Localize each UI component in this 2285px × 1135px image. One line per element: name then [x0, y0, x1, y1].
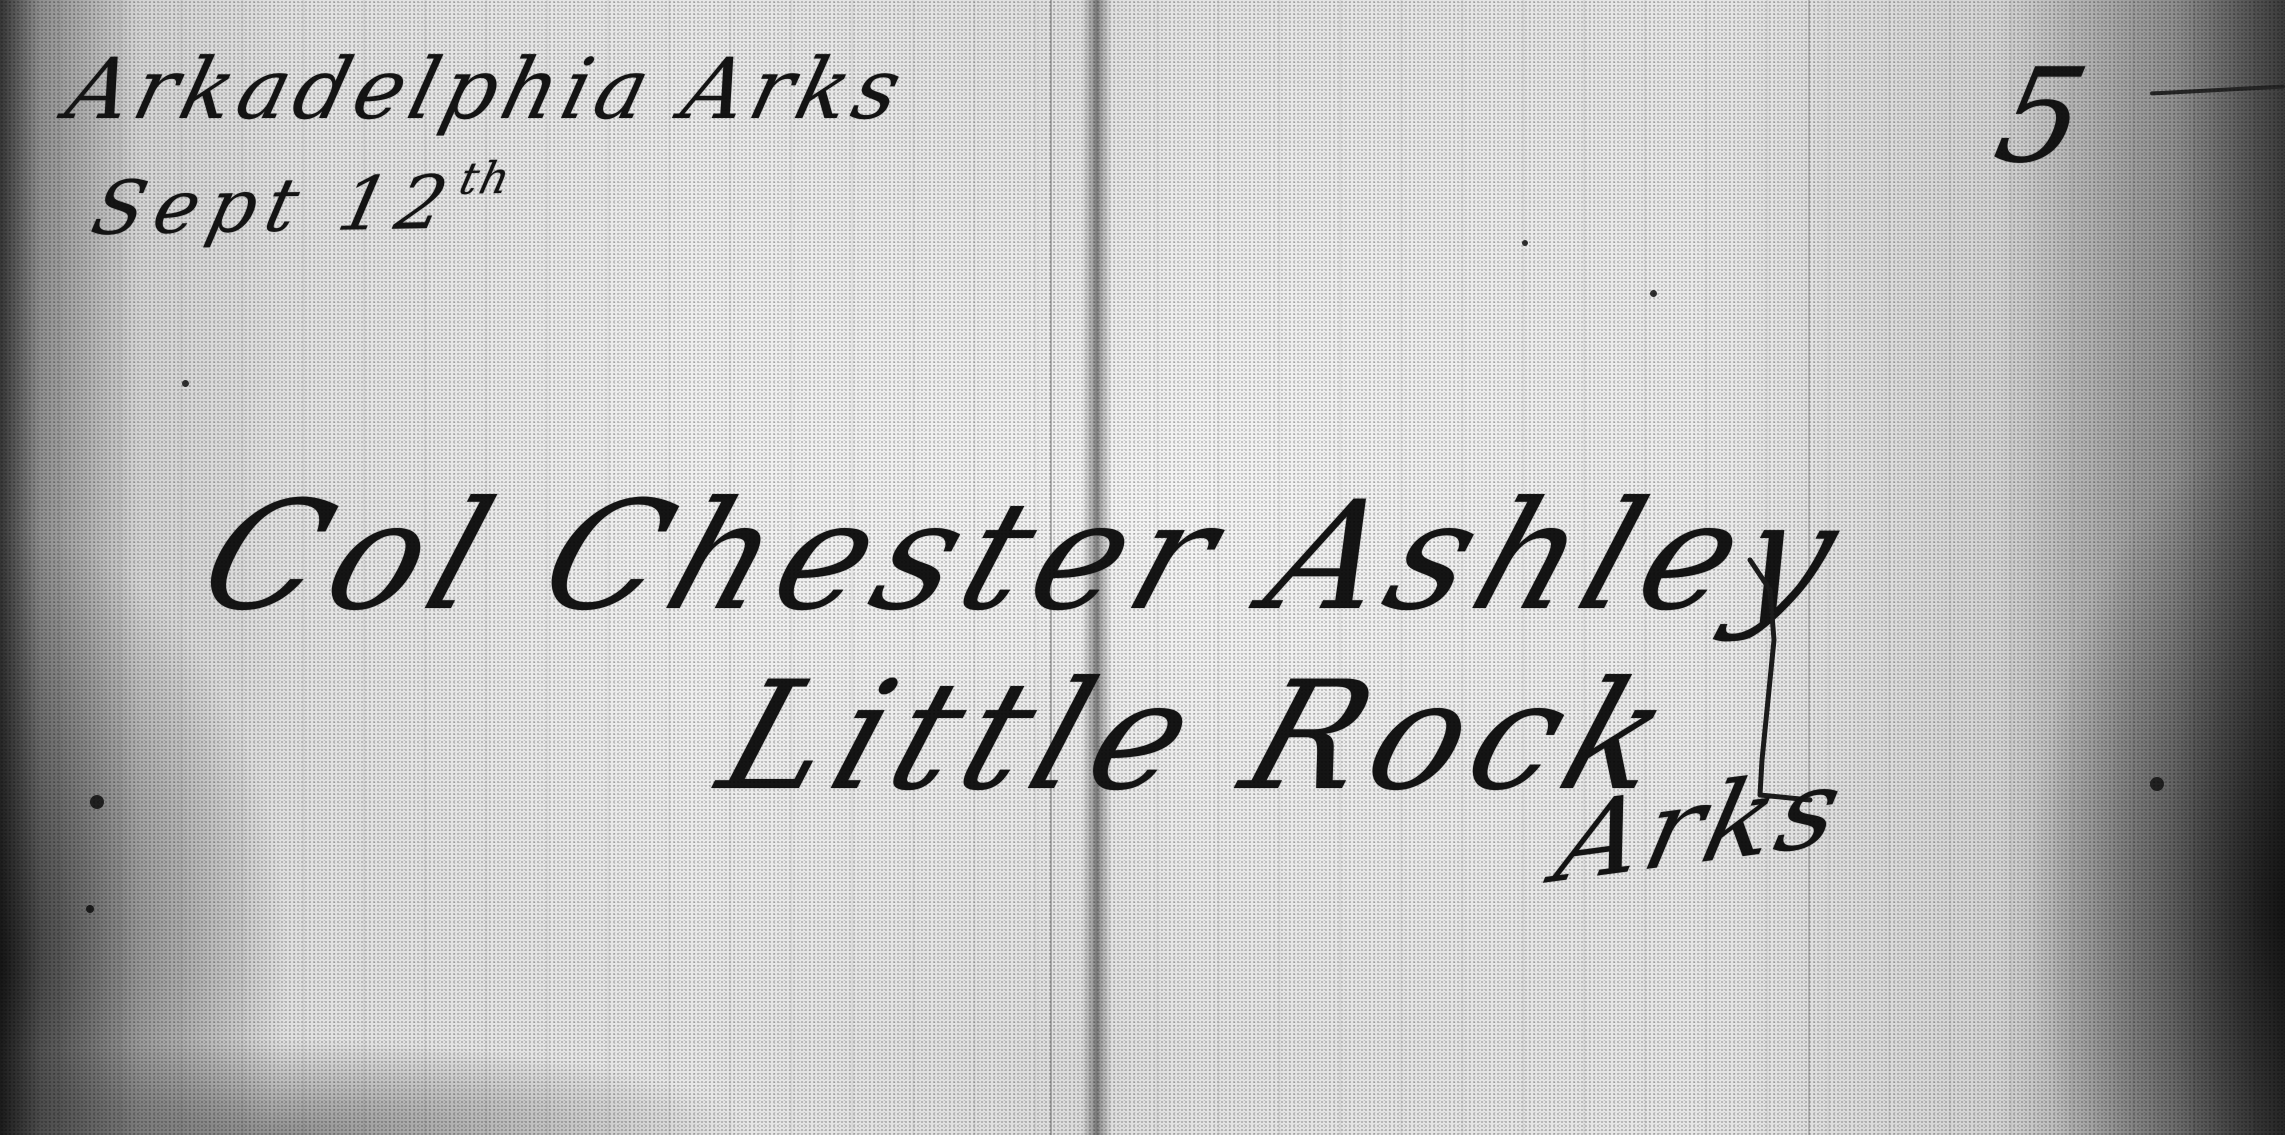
date-main: Sept 12 — [84, 160, 465, 252]
date-suffix: th — [455, 153, 517, 205]
origin-place: Arkadelphia Arks — [58, 40, 917, 138]
ink-speck — [90, 795, 104, 809]
ink-speck — [1522, 240, 1528, 246]
address-city: Little Rock — [702, 650, 1699, 824]
postage-rate-mark: 5 — [1984, 40, 2099, 192]
ink-speck — [1650, 290, 1657, 297]
document-scan: Arkadelphia Arks Sept 12th 5 Col Chester… — [0, 0, 2285, 1135]
ink-speck — [182, 380, 189, 387]
ink-speck — [2150, 777, 2164, 791]
ink-speck — [86, 905, 94, 913]
origin-date: Sept 12th — [84, 153, 516, 252]
rate-flourish — [2150, 84, 2285, 95]
addressee-name: Col Chester Ashley — [182, 470, 1868, 644]
